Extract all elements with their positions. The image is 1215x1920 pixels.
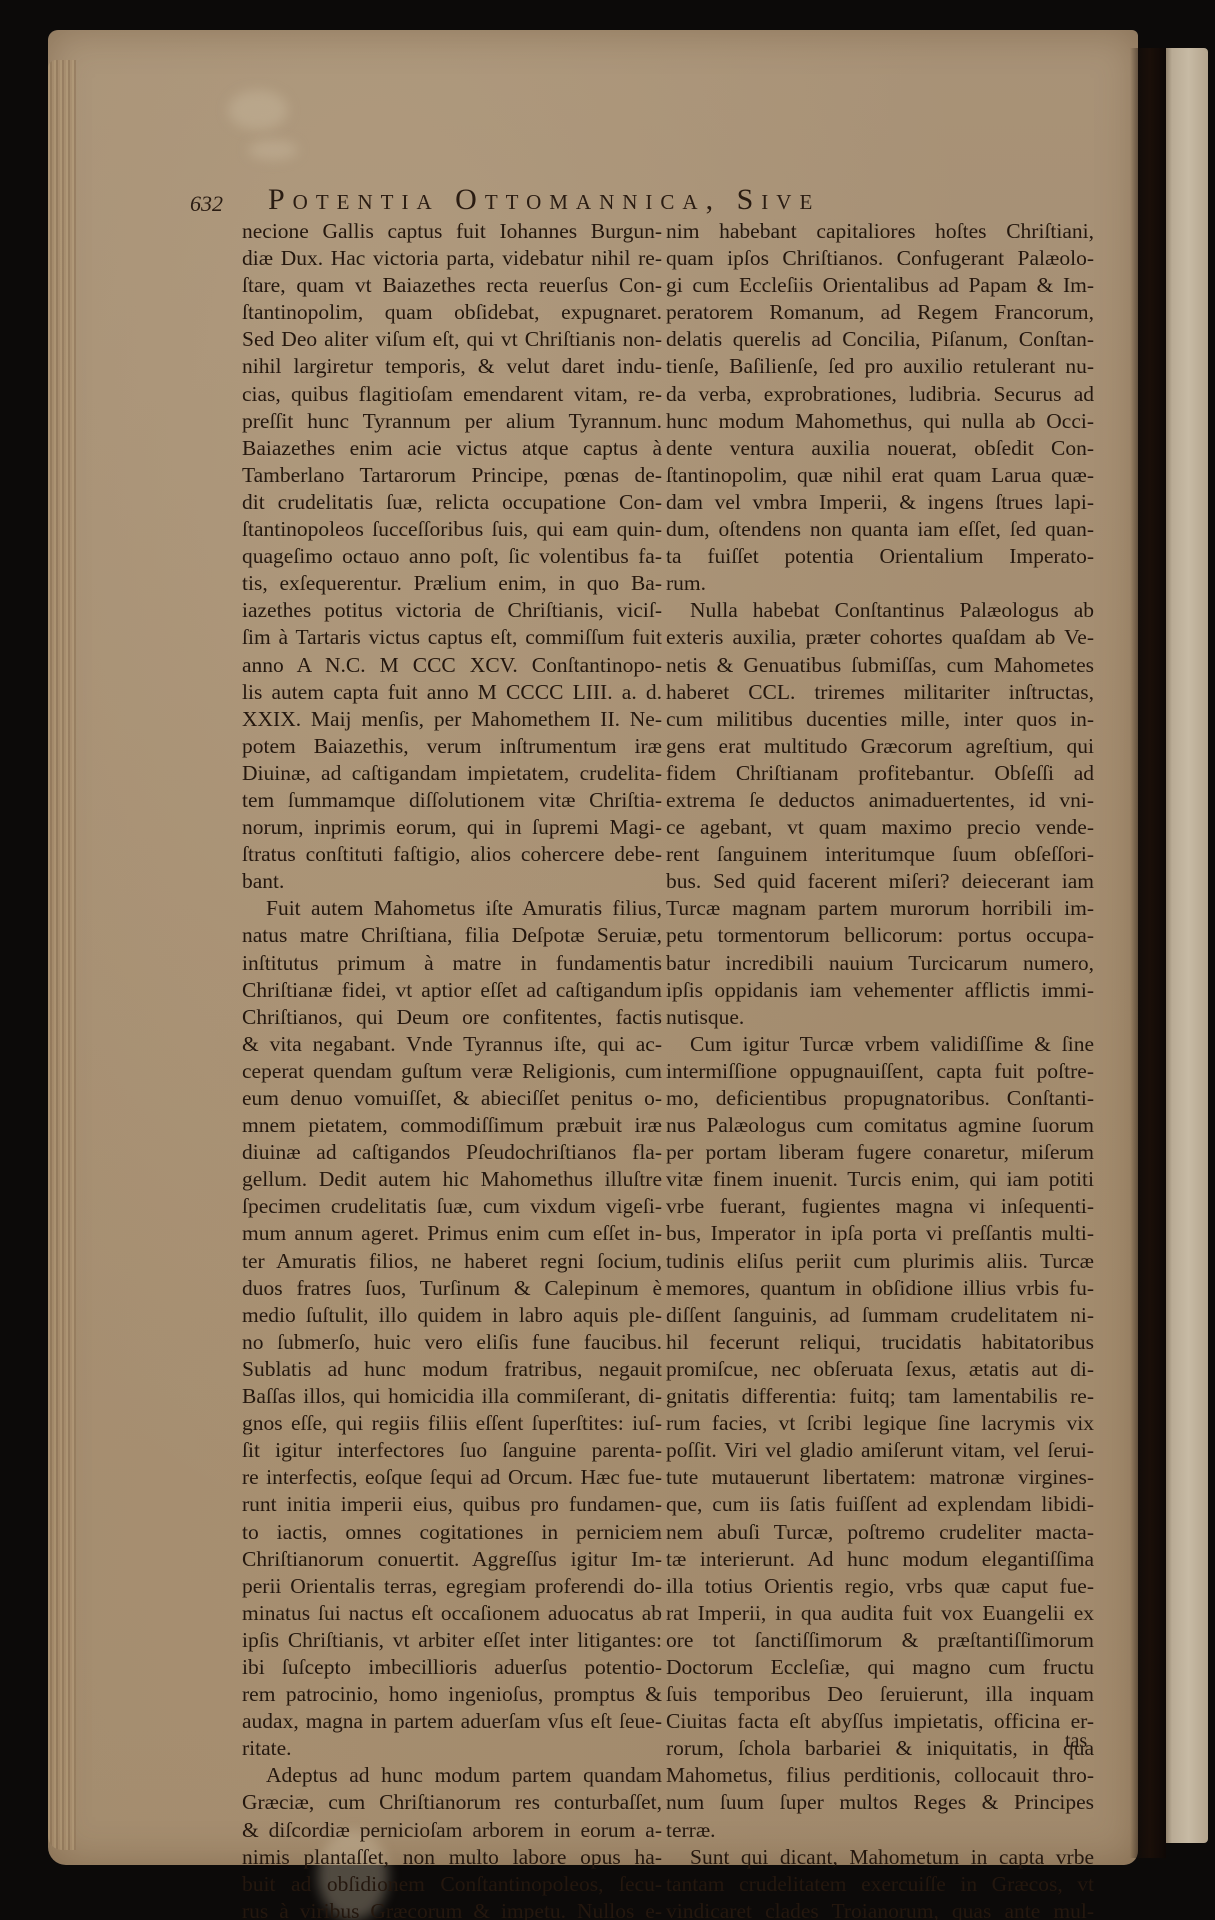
text-line: mum annum ageret. Primus enim cum eſſet … <box>242 1220 662 1247</box>
text-line: fidem Chriſtianam profitebantur. Obſeſſi… <box>666 760 1094 787</box>
text-line: rem patrocinio, homo ingenioſus, promptu… <box>242 1681 662 1708</box>
text-line: tute mutauerunt libertatem: matronæ virg… <box>666 1464 1094 1491</box>
text-line: ſtantinopoleos ſucceſſoribus ſuis, qui e… <box>242 516 662 543</box>
text-line: hunc modum Mahomethus, qui nulla ab Occi… <box>666 408 1094 435</box>
text-line: rorum, ſchola barbariei & iniquitatis, i… <box>666 1735 1094 1762</box>
text-line: re interfectis, eoſque ſequi ad Orcum. H… <box>242 1464 662 1491</box>
text-line: eum denuo vomuiſſet, & abieciſſet penitu… <box>242 1085 662 1112</box>
text-line: & vita negabant. Vnde Tyrannus iſte, qui… <box>242 1031 662 1058</box>
text-line: ſtratus conſtituti faſtigio, alios coher… <box>242 841 662 868</box>
text-line: terræ. <box>666 1817 1094 1844</box>
text-line: iazethes potitus victoria de Chriſtianis… <box>242 597 662 624</box>
text-line: inſtitutus primum à matre in fundamentis <box>242 950 662 977</box>
paper-stain <box>228 90 288 130</box>
text-line: medio ſuſtulit, illo quidem in labro aqu… <box>242 1302 662 1329</box>
text-line: to iactis, omnes cogitationes in pernici… <box>242 1519 662 1546</box>
text-line: dam vel vmbra Imperii, & ingens ſtrues l… <box>666 489 1094 516</box>
text-line: promiſcue, nec obſeruata ſexus, ætatis a… <box>666 1356 1094 1383</box>
text-line: mnem pietatem, commodiſſimum præbuit iræ <box>242 1112 662 1139</box>
text-line: peratorem Romanum, ad Regem Francorum, <box>666 299 1094 326</box>
text-line: Baiazethes enim acie victus atque captus… <box>242 435 662 462</box>
text-line: runt initia imperii eius, quibus pro fun… <box>242 1491 662 1518</box>
text-line: tudinis eliſus periit cum plurimis aliis… <box>666 1248 1094 1275</box>
text-line: illa totius Orientis regio, vrbs quæ cap… <box>666 1573 1094 1600</box>
text-line: gellum. Dedit autem hic Mahomethus illuſ… <box>242 1166 662 1193</box>
text-line: delatis querelis ad Concilia, Piſanum, C… <box>666 326 1094 353</box>
page-number: 632 <box>190 191 223 217</box>
text-line: num ſuum ſuper multos Reges & Principes <box>666 1789 1094 1816</box>
text-line: cias, quibus flagitioſam emendarent vita… <box>242 381 662 408</box>
text-line: Baſſas illos, qui homicidia illa commiſe… <box>242 1383 662 1410</box>
text-line: nem abuſi Turcæ, poſtremo crudeliter mac… <box>666 1519 1094 1546</box>
text-line: necione Gallis captus fuit Iohannes Burg… <box>242 218 662 245</box>
text-line: petu tormentorum bellicorum: portus occu… <box>666 922 1094 949</box>
text-line: rat Imperii, in qua audita fuit vox Euan… <box>666 1600 1094 1627</box>
text-line: rus à viribus Græcorum & impetu. Nullos … <box>242 1898 662 1920</box>
text-line: tantam crudelitatem exercuiſſe in Græcos… <box>666 1871 1094 1898</box>
text-line: ſtare, quam vt Baiazethes recta reuerſus… <box>242 272 662 299</box>
text-line: dit crudelitatis ſuæ, relicta occupation… <box>242 489 662 516</box>
text-line: gens erat multitudo Græcorum agreſtium, … <box>666 733 1094 760</box>
running-head: 632 Potentia Ottomannica, Sive <box>190 183 990 223</box>
text-line: minatus ſui nactus eſt occaſionem aduoca… <box>242 1600 662 1627</box>
text-line: batur incredibili nauium Turcicarum nume… <box>666 950 1094 977</box>
text-line: ceperat quendam guſtum veræ Religionis, … <box>242 1058 662 1085</box>
text-line: Doctorum Eccleſiæ, qui magno cum fructu <box>666 1654 1094 1681</box>
paper-stain <box>248 140 298 160</box>
text-line: lis autem capta fuit anno M CCCC LIII. a… <box>242 679 662 706</box>
text-line: ce agebant, vt quam maximo precio vende- <box>666 814 1094 841</box>
text-line: Adeptus ad hunc modum partem quandam <box>242 1762 662 1789</box>
text-line: Diuinæ, ad caſtigandam impietatem, crude… <box>242 760 662 787</box>
text-line: Turcæ magnam partem murorum horribili im… <box>666 895 1094 922</box>
text-line: memores, quantum in obſidione illius vrb… <box>666 1275 1094 1302</box>
text-line: rum facies, vt ſcribi legique ſine lacry… <box>666 1410 1094 1437</box>
text-line: perii Orientalis terras, egregiam profer… <box>242 1573 662 1600</box>
text-line: quam ipſos Chriſtianos. Confugerant Palæ… <box>666 245 1094 272</box>
text-line: bus. Sed quid facerent miſeri? deieceran… <box>666 868 1094 895</box>
text-line: tem ſummamque diſſolutionem vitæ Chriſti… <box>242 787 662 814</box>
text-line: Græciæ, cum Chriſtianorum res conturbaſſ… <box>242 1789 662 1816</box>
text-line: Ciuitas facta eſt abyſſus impietatis, of… <box>666 1708 1094 1735</box>
text-line: Chriſtianos, qui Deum ore confitentes, f… <box>242 1004 662 1031</box>
text-line: tæ interierunt. Ad hunc modum elegantiſſ… <box>666 1546 1094 1573</box>
text-line: preſſit hunc Tyrannum per alium Tyrannum… <box>242 408 662 435</box>
text-line: gnitatis differentia: fuitq; tam lamenta… <box>666 1383 1094 1410</box>
text-line: & diſcordiæ pernicioſam arborem in eorum… <box>242 1817 662 1844</box>
running-title: Potentia Ottomannica, Sive <box>268 183 820 217</box>
text-line: nimis plantaſſet, non multo labore opus … <box>242 1844 662 1871</box>
text-line: rum. <box>666 570 1094 597</box>
text-line: bant. <box>242 868 662 895</box>
text-line: vitæ finem inuenit. Turcis enim, qui iam… <box>666 1166 1094 1193</box>
text-line: vindicaret clades Troianorum, quas ante … <box>666 1898 1094 1920</box>
text-line: Mahometus, filius perditionis, collocaui… <box>666 1762 1094 1789</box>
text-line: anno A N.C. M CCC XCV. Conſtantinopo- <box>242 652 662 679</box>
text-line: Chriſtianorum conuertit. Aggreſſus igitu… <box>242 1546 662 1573</box>
text-line: diſſent ſanguinis, ad ſummam crudelitate… <box>666 1302 1094 1329</box>
text-line: ipſis oppidanis iam vehementer afflictis… <box>666 977 1094 1004</box>
text-line: rent ſanguinem interitumque ſuum obſeſſo… <box>666 841 1094 868</box>
text-line: ritate. <box>242 1735 662 1762</box>
text-line: Sed Deo aliter viſum eſt, qui vt Chriſti… <box>242 326 662 353</box>
text-line: exteris auxilia, præter cohortes quaſdam… <box>666 624 1094 651</box>
text-line: Nulla habebat Conſtantinus Palæologus ab <box>666 597 1094 624</box>
text-line: haberet CCL. triremes militariter inſtru… <box>666 679 1094 706</box>
text-line: nutisque. <box>666 1004 1094 1031</box>
text-line: Sunt qui dicant, Mahometum in capta vrbe <box>666 1844 1094 1871</box>
text-line: intermiſſione oppugnauiſſent, capta fuit… <box>666 1058 1094 1085</box>
text-column-right: nim habebant capitaliores hoſtes Chriſti… <box>666 218 1094 1920</box>
gutter-shadow <box>1130 48 1166 1858</box>
text-line: natus matre Chriſtiana, filia Deſpotæ Se… <box>242 922 662 949</box>
text-line: duos fratres ſuos, Turſinum & Calepinum … <box>242 1275 662 1302</box>
text-line: que, cum iis ſatis fuiſſent ad explendam… <box>666 1491 1094 1518</box>
text-line: XXIX. Maij menſis, per Mahomethem II. Ne… <box>242 706 662 733</box>
text-line: gnos eſſe, qui regiis filiis eſſent ſupe… <box>242 1410 662 1437</box>
text-line: tienſe, Baſilienſe, ſed pro auxilio retu… <box>666 353 1094 380</box>
text-line: norum, inprimis eorum, qui in ſupremi Ma… <box>242 814 662 841</box>
text-line: bus, Imperator in ipſa porta vi preſſant… <box>666 1220 1094 1247</box>
text-line: nihil largiretur temporis, & velut daret… <box>242 353 662 380</box>
text-line: ſtantinopolim, quam obſidebat, expugnare… <box>242 299 662 326</box>
text-line: per portam liberam fugere conaretur, miſ… <box>666 1139 1094 1166</box>
text-line: ta fuiſſet potentia Orientalium Imperato… <box>666 543 1094 570</box>
text-line: diæ Dux. Hac victoria parta, videbatur n… <box>242 245 662 272</box>
text-line: Cum igitur Turcæ vrbem validiſſime & ſin… <box>666 1031 1094 1058</box>
text-line: nus Palæologus cum comitatus agmine ſuor… <box>666 1112 1094 1139</box>
text-line: ſit igitur interfectores ſuo ſanguine pa… <box>242 1437 662 1464</box>
text-line: ſpecimen crudelitatis ſuæ, cum vixdum vi… <box>242 1193 662 1220</box>
text-line: ſtantinopolim, quæ nihil erat quam Larua… <box>666 462 1094 489</box>
text-line: ibi ſuſcepto imbecillioris aduerſus pote… <box>242 1654 662 1681</box>
text-line: tis, exſequerentur. Prælium enim, in quo… <box>242 570 662 597</box>
text-line: Chriſtianæ fidei, vt aptior eſſet ad caſ… <box>242 977 662 1004</box>
adjacent-page-edge <box>1160 48 1208 1843</box>
text-line: ipſis Chriſtianis, vt arbiter eſſet inte… <box>242 1627 662 1654</box>
text-line: cum militibus ducenties mille, inter quo… <box>666 706 1094 733</box>
text-line: gi cum Eccleſiis Orientalibus ad Papam &… <box>666 272 1094 299</box>
text-line: ore tot ſanctiſſimorum & præſtantiſſimor… <box>666 1627 1094 1654</box>
text-line: poſſit. Viri vel gladio amiſerunt vitam,… <box>666 1437 1094 1464</box>
text-line: quageſimo octauo anno poſt, ſic volentib… <box>242 543 662 570</box>
text-line: ſim à Tartaris victus captus eſt, commiſ… <box>242 624 662 651</box>
text-line: Sublatis ad hunc modum fratribus, negaui… <box>242 1356 662 1383</box>
text-line: hil fecerunt reliqui, trucidatis habitat… <box>666 1329 1094 1356</box>
text-line: extrema ſe deductos animaduertentes, id … <box>666 787 1094 814</box>
text-line: no ſubmerſo, huic vero eliſis fune fauci… <box>242 1329 662 1356</box>
text-line: netis & Genuatibus ſubmiſſas, cum Mahome… <box>666 652 1094 679</box>
text-line: dum, oſtendens non quanta iam eſſet, ſed… <box>666 516 1094 543</box>
text-line: buit ad obſidionem Conſtantinopoleos, ſe… <box>242 1871 662 1898</box>
text-line: audax, magna in partem aduerſam vſus eſt… <box>242 1708 662 1735</box>
text-line: nim habebant capitaliores hoſtes Chriſti… <box>666 218 1094 245</box>
text-column-left: necione Gallis captus fuit Iohannes Burg… <box>242 218 662 1920</box>
text-line: mo, deficientibus propugnatoribus. Conſt… <box>666 1085 1094 1112</box>
text-line: diuinæ ad caſtigandos Pſeudochriſtianos … <box>242 1139 662 1166</box>
text-line: ſuis temporibus Deo ſeruierunt, illa inq… <box>666 1681 1094 1708</box>
text-line: vrbe fuerant, fugientes magna vi inſeque… <box>666 1193 1094 1220</box>
text-line: Tamberlano Tartarorum Principe, pœnas de… <box>242 462 662 489</box>
text-line: dente ventura auxilia nouerat, obſedit C… <box>666 435 1094 462</box>
page-fore-edge <box>48 60 76 1850</box>
text-line: ter Amuratis filios, ne haberet regni ſo… <box>242 1248 662 1275</box>
text-line: Fuit autem Mahometus iſte Amuratis filiu… <box>242 895 662 922</box>
catchword: tas <box>1065 1730 1087 1753</box>
text-line: potem Baiazethis, verum inſtrumentum iræ <box>242 733 662 760</box>
text-line: da verba, exprobrationes, ludibria. Secu… <box>666 381 1094 408</box>
